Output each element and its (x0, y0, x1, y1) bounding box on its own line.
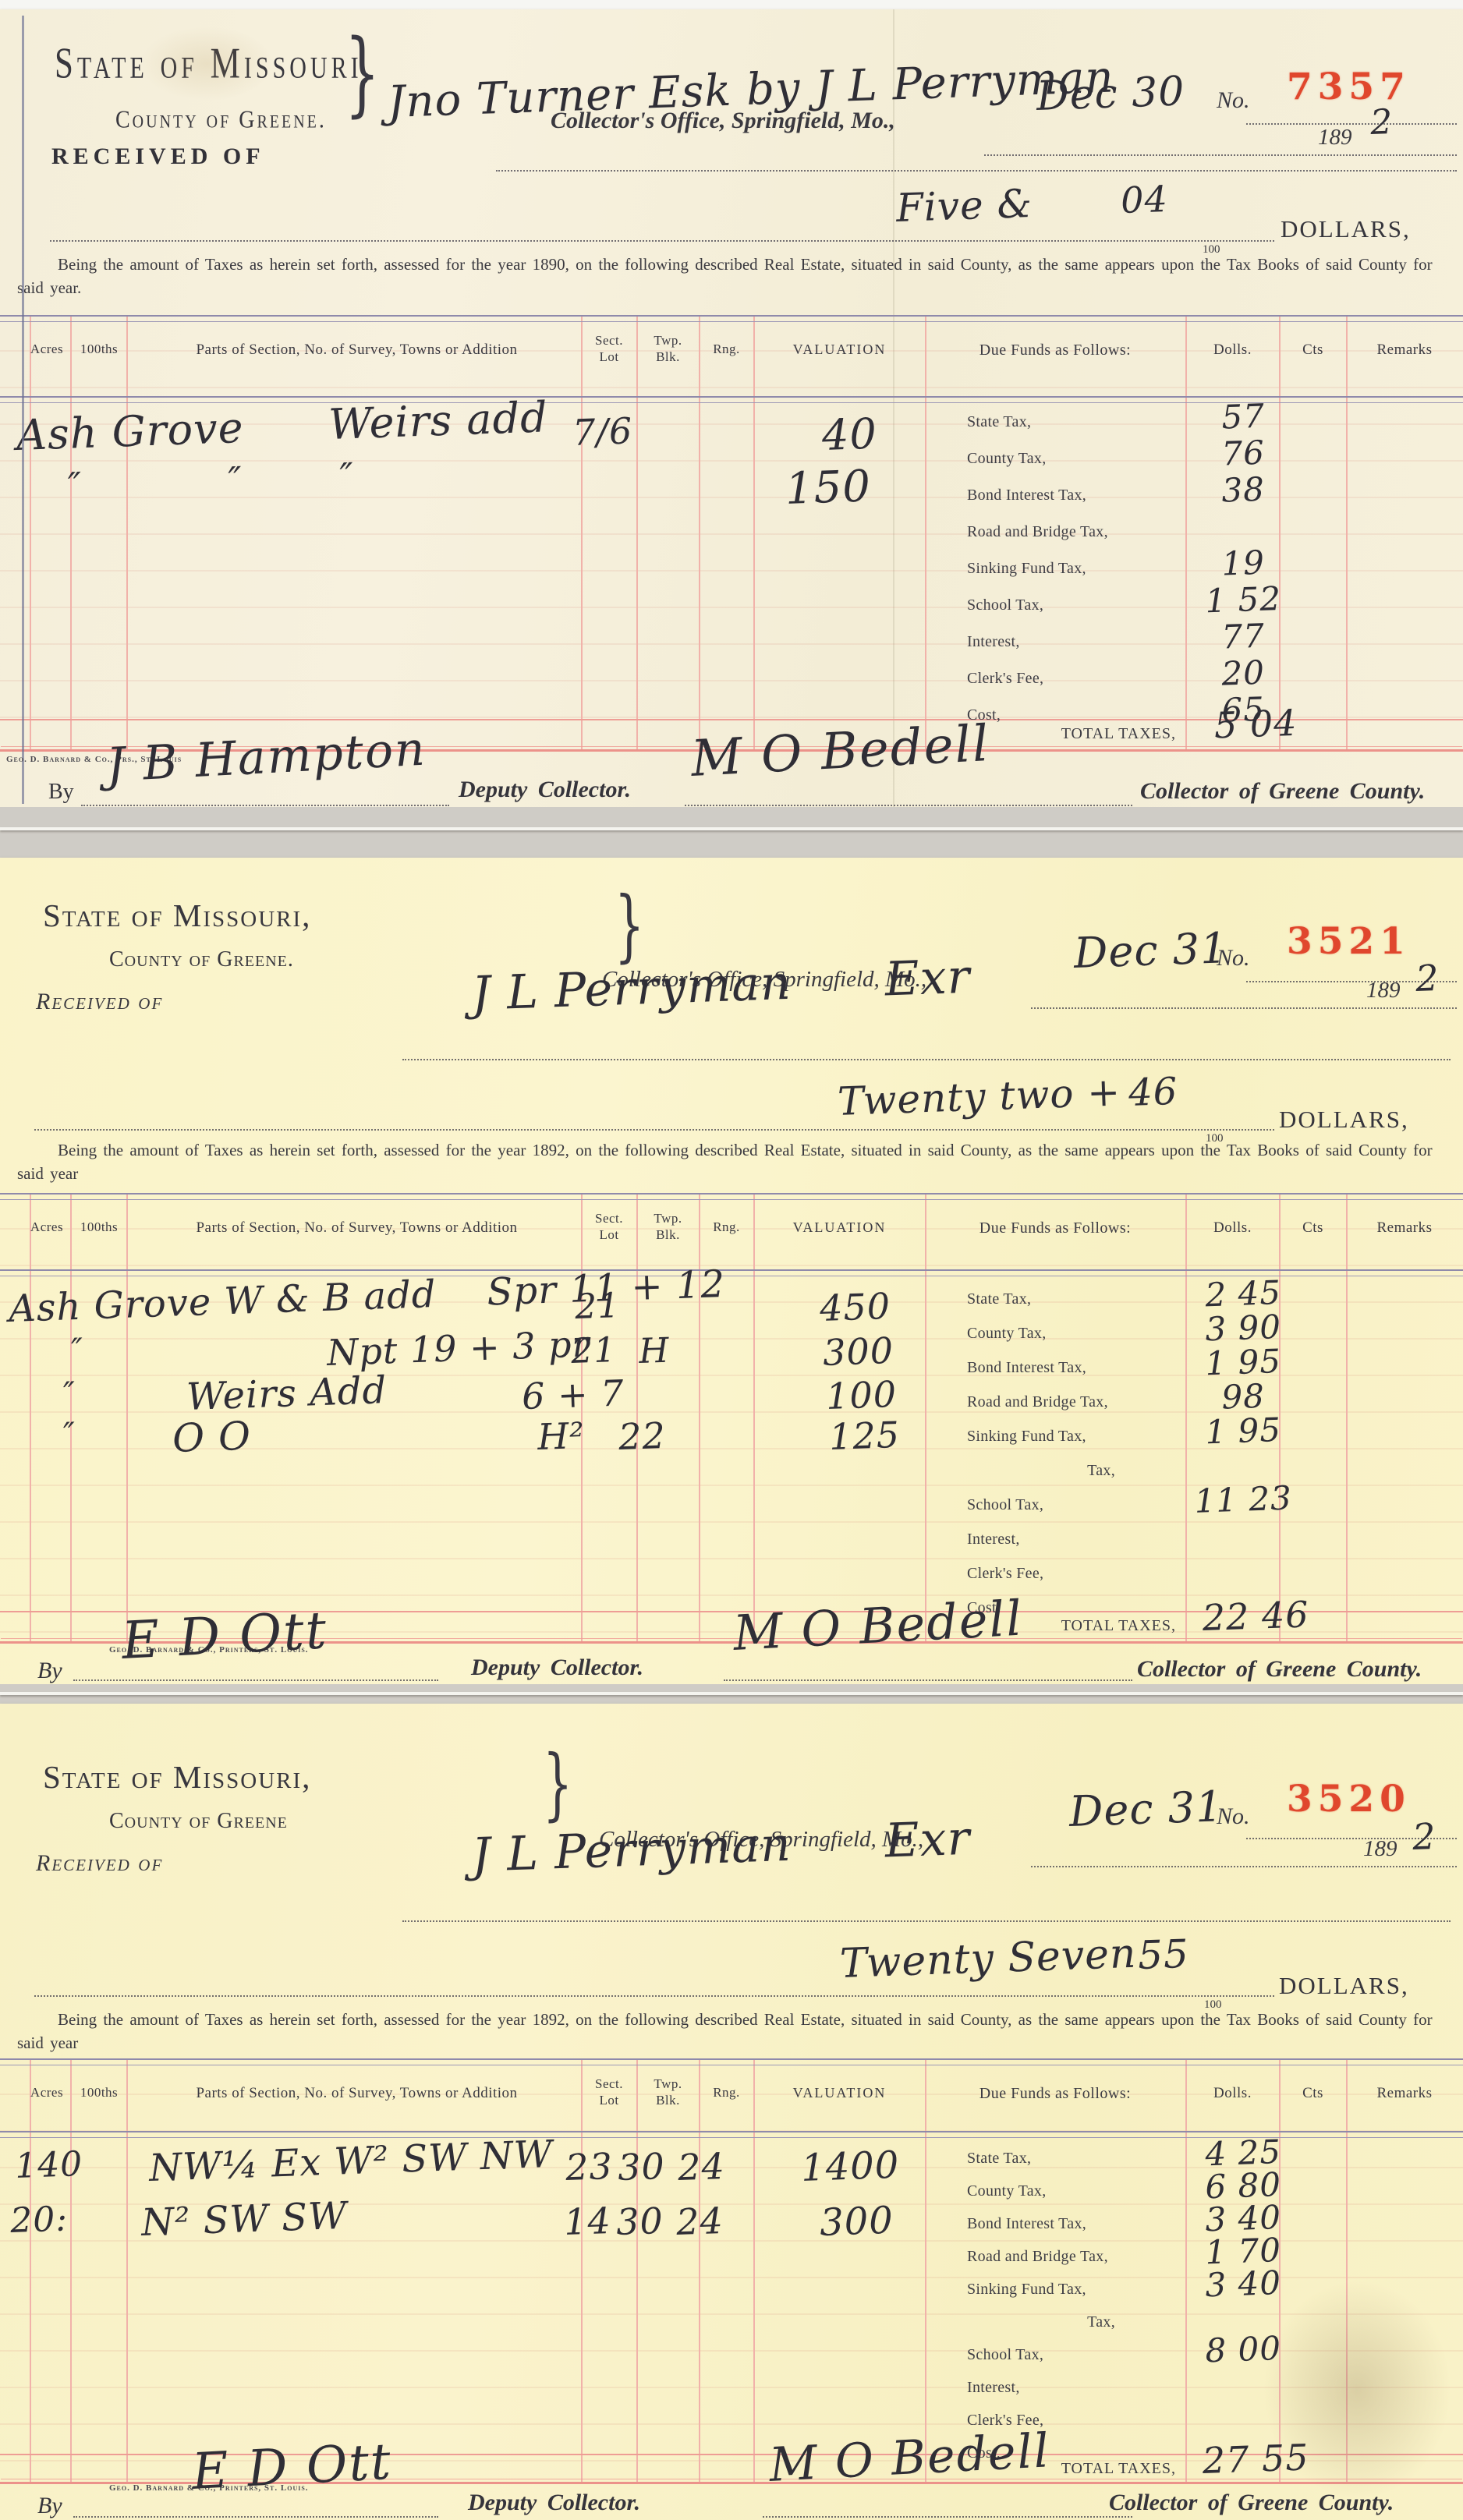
tax-receipt-7357: State of Missouri, County of Greene. REC… (0, 9, 1463, 807)
parcel-acres-hw: ″ (71, 1334, 84, 1366)
table-rule-top (0, 2058, 1463, 2065)
parcel-valuation-hw: 125 (828, 1417, 900, 1455)
col-rule (753, 1193, 755, 1644)
header-parts: Parts of Section, No. of Survey, Towns o… (133, 2085, 581, 2102)
amount-dotted-line (50, 240, 1274, 242)
header-due-funds: Due Funds as Follows: (926, 1219, 1184, 1237)
header-dolls: Dolls. (1187, 1219, 1278, 1237)
amount-dotted-line (34, 1995, 1274, 1997)
header-sect-lot: Sect.Lot (583, 1210, 636, 1243)
fund-label: County Tax, (967, 2182, 1047, 2200)
header-100ths: 100ths (72, 1219, 126, 1235)
handwritten-amount-words: Five & (895, 184, 1033, 228)
fund-label: Road and Bridge Tax, (967, 523, 1108, 541)
fund-amount-hw: 38 (1146, 470, 1341, 510)
scan-edge-strip (0, 0, 1463, 9)
fund-label: State Tax, (967, 1290, 1031, 1308)
col-rule (70, 315, 72, 752)
deputy-signature-line (73, 1679, 438, 1681)
fund-label: Bond Interest Tax, (967, 2215, 1086, 2233)
parcel-twp-hw: H (638, 1334, 670, 1369)
parcel-parts-hw: O O (172, 1417, 252, 1458)
header-100ths: 100ths (72, 2085, 126, 2101)
handwritten-amount-words: Twenty two + (837, 1072, 1121, 1121)
fund-label: Clerk's Fee, (967, 1565, 1043, 1583)
date-dotted-line (1031, 1866, 1457, 1867)
handwritten-date: Dec 31 (1073, 927, 1228, 975)
parcel-valuation-hw: 100 (825, 1376, 897, 1414)
state-heading: State of Missouri, (43, 1758, 311, 1796)
col-rule (925, 1193, 926, 1644)
header-rng: Rng. (700, 2085, 753, 2101)
collector-signature-line (685, 805, 1132, 806)
handwritten-cents: 04 (1120, 181, 1168, 218)
header-valuation: VALUATION (755, 1219, 924, 1236)
parcel-sect-hw: 23 (565, 2148, 613, 2186)
fund-label: Road and Bridge Tax, (967, 1393, 1108, 1411)
header-acres: Acres (23, 1219, 70, 1235)
county-heading: County of Greene (109, 1809, 288, 1834)
fund-label: Interest, (967, 2379, 1020, 2397)
header-twp-blk: Twp.Blk. (638, 2076, 698, 2108)
fund-label: Sinking Fund Tax, (967, 1428, 1086, 1446)
header-parts: Parts of Section, No. of Survey, Towns o… (133, 342, 581, 359)
scan-gap (0, 807, 1463, 858)
col-rule (1346, 315, 1348, 752)
fund-amount-hw: 1 95 (1146, 1343, 1341, 1382)
tax-receipt-3520: State of Missouri, County of Greene Rece… (0, 1704, 1463, 2520)
fund-amount-hw: 65 (1146, 690, 1341, 730)
handwritten-total: 22 46 (1157, 1594, 1353, 1637)
header-dolls: Dolls. (1187, 2085, 1278, 2102)
fund-amount-hw: 1 95 (1146, 1411, 1341, 1451)
fund-label: State Tax, (967, 413, 1031, 431)
payer-dotted-line (402, 1920, 1451, 1922)
handwritten-year-digit: 2 (1415, 960, 1440, 996)
fund-amount-hw: 20 (1146, 653, 1341, 693)
col-rule (699, 1193, 700, 1644)
payer-dotted-line (496, 170, 1457, 172)
header-twp-blk: Twp.Blk. (638, 332, 698, 365)
fund-label: Bond Interest Tax, (967, 487, 1086, 504)
scan-edge-line (22, 16, 24, 804)
tax-table: Acres 100ths Parts of Section, No. of Su… (0, 2058, 1463, 2484)
parcel-rng-hw: 24 (677, 2148, 725, 2186)
header-remarks: Remarks (1348, 342, 1461, 359)
table-rule-top (0, 1193, 1463, 1200)
parcel-parts-hw: Ash Grove Weirs add (16, 396, 548, 457)
paper-stain (140, 27, 273, 101)
collector-signature-line (724, 1679, 1132, 1681)
col-rule (925, 315, 926, 752)
handwritten-date: Dec 31 (1068, 1786, 1224, 1833)
parcel-sect-hw: 21 (574, 1289, 621, 1325)
deputy-collector-label: Deputy Collector. (471, 1655, 643, 1681)
fund-label: Tax, (967, 2313, 1115, 2331)
parcel-acres-hw: 20: (9, 2202, 68, 2239)
header-remarks: Remarks (1348, 2085, 1461, 2102)
col-rule (126, 2058, 128, 2484)
header-parts: Parts of Section, No. of Survey, Towns o… (133, 1219, 581, 1237)
deputy-signature: E D Ott (121, 1605, 329, 1667)
col-rule (753, 2058, 755, 2484)
fund-amount-hw: 1 52 (1146, 580, 1341, 620)
county-heading: County of Greene. (109, 947, 294, 972)
col-rule (30, 2058, 31, 2484)
parcel-parts-hw: Weirs Add (186, 1371, 388, 1416)
header-valuation: VALUATION (755, 2085, 924, 2101)
tax-table: Acres 100ths Parts of Section, No. of Su… (0, 1193, 1463, 1644)
collector-signature: M O Bedell (732, 1594, 1025, 1658)
fund-label: School Tax, (967, 596, 1043, 614)
by-label: By (37, 1658, 62, 1684)
fund-label: School Tax, (967, 2346, 1043, 2364)
received-of-label: Received of (36, 1850, 163, 1877)
no-label: No. (1217, 87, 1250, 114)
parcel-valuation-hw: 150 (785, 465, 872, 511)
parcel-acres-hw: ″ (63, 1378, 76, 1410)
header-rng: Rng. (700, 342, 753, 357)
table-rule-top (0, 315, 1463, 322)
parcel-rng-hw: 24 (675, 2203, 724, 2240)
brace-glyph: } (345, 31, 380, 114)
date-dotted-line (984, 154, 1457, 156)
fund-amount-hw: 11 23 (1146, 1480, 1341, 1520)
dollars-label: DOLLARS, (1279, 1106, 1409, 1134)
deputy-collector-label: Deputy Collector. (459, 777, 631, 803)
header-remarks: Remarks (1348, 1219, 1461, 1237)
col-rule (699, 2058, 700, 2484)
fund-amount-hw: 19 (1146, 543, 1341, 583)
tax-receipt-3521: State of Missouri, County of Greene. Rec… (0, 858, 1463, 1684)
dollars-label: DOLLARS, (1279, 1972, 1409, 2000)
parcel-twp-hw: 30 (615, 2203, 664, 2240)
fund-amount-hw: 77 (1146, 617, 1341, 657)
deputy-signature: J B Hampton (105, 726, 427, 789)
county-heading: County of Greene. (115, 106, 327, 135)
receipt-body-text: Being the amount of Taxes as herein set … (17, 2008, 1451, 2055)
header-due-funds: Due Funds as Follows: (926, 2085, 1184, 2103)
parcel-sect-hw: 6 + 7 (521, 1375, 625, 1414)
fund-label: Sinking Fund Tax, (967, 2281, 1086, 2299)
handwritten-amount-words: Twenty Seven (839, 1934, 1137, 1984)
parcel-valuation-hw: 300 (822, 1333, 894, 1371)
by-label: By (37, 2493, 62, 2519)
parcel-parts-hw: ″ ″ ″ (67, 458, 354, 504)
fund-label: Clerk's Fee, (967, 670, 1043, 688)
header-dolls: Dolls. (1187, 342, 1278, 359)
collector-of-greene-label: Collector of Greene County. (1137, 1656, 1422, 1683)
header-cts: Cts (1281, 2085, 1345, 2102)
receipt-number: 3521 (1287, 920, 1411, 963)
date-dotted-line (1031, 1007, 1457, 1009)
collector-signature: M O Bedell (768, 2427, 1051, 2489)
parcel-sect-hw: 14 (563, 2203, 611, 2240)
col-rule (126, 1193, 128, 1644)
col-rule (581, 2058, 583, 2484)
collector-signature: M O Bedell (690, 719, 991, 784)
header-valuation: VALUATION (755, 342, 924, 358)
fund-label: State Tax, (967, 2150, 1031, 2168)
fraction-denominator: 100 (1204, 1998, 1222, 2012)
parcel-sect-hw: H² (537, 1417, 585, 1455)
col-rule (1346, 1193, 1348, 1644)
header-100ths: 100ths (72, 342, 126, 357)
fund-label: Road and Bridge Tax, (967, 2248, 1108, 2266)
col-rule (925, 2058, 926, 2484)
col-rule (636, 315, 638, 752)
collector-signature-line (763, 2516, 1132, 2518)
parcel-parts-hw: NW¼ Ex W² SW NW (148, 2136, 554, 2187)
dollars-label: DOLLARS, (1281, 215, 1411, 243)
col-rule (699, 315, 700, 752)
fund-label: Bond Interest Tax, (967, 1359, 1086, 1377)
parcel-acres-hw: 140 (14, 2147, 83, 2184)
fund-amount-hw: 98 (1146, 1377, 1341, 1417)
by-label: By (48, 780, 74, 805)
header-due-funds: Due Funds as Follows: (926, 342, 1184, 359)
col-rule (70, 2058, 72, 2484)
state-heading: State of Missouri, (43, 897, 311, 934)
parcel-twp-hw: 30 (617, 2148, 665, 2186)
payer-dotted-line (402, 1059, 1451, 1060)
receipt-number: 3520 (1287, 1778, 1411, 1821)
deputy-collector-label: Deputy Collector. (468, 2490, 640, 2516)
fund-amount-hw: 3 90 (1146, 1308, 1341, 1348)
receipt-body-text: Being the amount of Taxes as herein set … (17, 1138, 1451, 1185)
scan-gap (0, 1684, 1463, 1704)
parcel-twp-hw: 22 (618, 1417, 666, 1455)
parcel-sect-hw: 7/6 (572, 412, 633, 451)
header-sect-lot: Sect.Lot (583, 2076, 636, 2108)
fund-label: Tax, (967, 1462, 1115, 1480)
received-of-label: RECEIVED OF (51, 143, 265, 170)
fund-amount-hw: 57 (1146, 397, 1341, 437)
header-cts: Cts (1281, 1219, 1345, 1237)
header-twp-blk: Twp.Blk. (638, 1210, 698, 1243)
parcel-valuation-hw: 300 (819, 2202, 894, 2242)
collector-of-greene-label: Collector of Greene County. (1140, 778, 1425, 805)
handwritten-cents: 55 (1137, 1934, 1189, 1975)
scanned-tax-receipts-page: { "form": { "no_label": "No.", "office_l… (0, 0, 1463, 2520)
brace-glyph: } (543, 1749, 572, 1819)
parcel-parts-hw: N² SW SW (140, 2197, 348, 2242)
parcel-valuation-hw: 40 (821, 413, 878, 457)
printed-year: 189 (1363, 1836, 1397, 1862)
handwritten-payer: J L Perryman Exr (471, 954, 971, 1018)
fund-amount-hw: 76 (1146, 434, 1341, 473)
deputy-signature-line (73, 2516, 438, 2518)
fund-label: Sinking Fund Tax, (967, 560, 1086, 578)
col-rule (30, 315, 31, 752)
tax-table: Acres 100ths Parts of Section, No. of Su… (0, 315, 1463, 752)
paper-stain (1263, 2281, 1451, 2499)
handwritten-payer: Jno Turner Esk by J L Perryman (387, 56, 1114, 125)
fraction-denominator: 100 (1206, 1132, 1224, 1145)
header-rng: Rng. (700, 1219, 753, 1235)
fund-label: Interest, (967, 633, 1020, 651)
fund-label: Interest, (967, 1531, 1020, 1548)
col-rule (126, 315, 128, 752)
deputy-signature-line (81, 805, 449, 806)
header-sect-lot: Sect.Lot (583, 332, 636, 365)
col-rule (581, 315, 583, 752)
col-rule (636, 2058, 638, 2484)
header-acres: Acres (23, 342, 70, 357)
col-rule (753, 315, 755, 752)
receipt-body-text: Being the amount of Taxes as herein set … (17, 253, 1451, 299)
handwritten-cents: 46 (1128, 1073, 1178, 1112)
fund-label: School Tax, (967, 1496, 1043, 1514)
handwritten-year-digit: 2 (1369, 105, 1394, 140)
fund-label: County Tax, (967, 1325, 1047, 1343)
printed-year: 189 (1366, 978, 1401, 1003)
parcel-valuation-hw: 1400 (800, 2147, 900, 2187)
fund-amount-hw: 2 45 (1146, 1274, 1341, 1314)
header-acres: Acres (23, 2085, 70, 2101)
col-rule (30, 1193, 31, 1644)
received-of-label: Received of (36, 989, 163, 1015)
parcel-acres-hw: ″ (63, 1418, 76, 1450)
deputy-signature: E D Ott (191, 2437, 394, 2497)
fund-label: County Tax, (967, 450, 1047, 468)
printed-year: 189 (1318, 125, 1352, 150)
handwritten-year-digit: 2 (1412, 1818, 1436, 1855)
header-cts: Cts (1281, 342, 1345, 359)
parcel-valuation-hw: 450 (819, 1288, 891, 1326)
parcel-parts-hw: Npt 19 + 3 pr (326, 1325, 590, 1371)
brace-glyph: } (615, 890, 644, 961)
fraction-denominator: 100 (1203, 243, 1220, 257)
amount-dotted-line (34, 1129, 1274, 1131)
parcel-sect-hw: 21 (570, 1333, 617, 1369)
